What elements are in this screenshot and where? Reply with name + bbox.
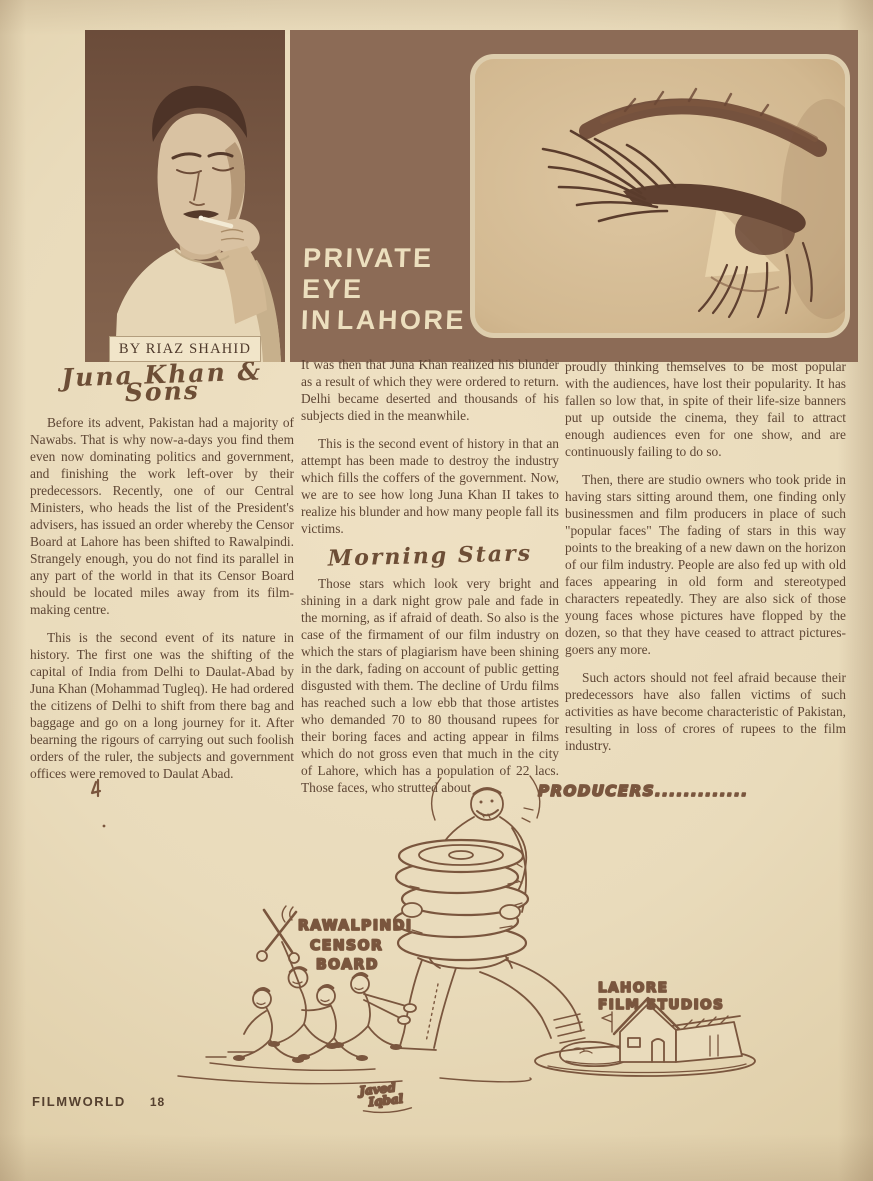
editorial-cartoon: PRODUCERS............. RAWALPINDI CENSOR… xyxy=(60,760,820,1120)
article-column-3: proudly thinking themselves to be most p… xyxy=(565,358,846,765)
title-line-3: IN LAHORE xyxy=(300,305,466,336)
paragraph-col3-p1: proudly thinking themselves to be most p… xyxy=(565,358,846,460)
paragraph-col3-p2: Then, there are studio owners who took p… xyxy=(565,471,846,658)
scissors-icon xyxy=(257,910,299,963)
producer-striding-legs xyxy=(398,958,626,1066)
film-reels-stack xyxy=(394,840,528,960)
article-column-2: It was then that Juna Khan realized his … xyxy=(301,356,559,807)
title-line-1: PRIVATE xyxy=(303,243,469,274)
cartoon-label-producers: PRODUCERS............. xyxy=(538,782,749,800)
page-number: 18 xyxy=(150,1095,165,1109)
cartoon-label-censor-3: BOARD xyxy=(316,957,379,973)
cartoon-label-studios-1: LAHORE xyxy=(598,980,668,996)
paragraph-col1-p1: Before its advent, Pakistan had a majori… xyxy=(30,414,294,618)
speed-lines xyxy=(178,1052,531,1084)
page-footer: FILMWORLD 18 xyxy=(32,1094,165,1109)
cartoon-illustration: PRODUCERS............. RAWALPINDI CENSOR… xyxy=(60,760,820,1120)
cartoon-label-censor-2: CENSOR xyxy=(310,938,383,954)
cartoon-label-censor-1: RAWALPINDI xyxy=(298,918,413,934)
man-smoking-illustration xyxy=(85,30,285,362)
magazine-name: FILMWORLD xyxy=(32,1094,126,1109)
byline-box: BY RIAZ SHAHID xyxy=(109,336,261,362)
cartoon-signature: Javed Iqbal xyxy=(357,1079,412,1115)
section-heading-juna-khan: Juna Khan & Sons xyxy=(29,361,294,404)
byline-label: BY RIAZ SHAHID xyxy=(119,341,251,358)
cartoon-label-studios-2: FILM STUDIOS xyxy=(598,997,724,1013)
magazine-page: BY RIAZ SHAHID PRIVATE EYE IN LAHORE xyxy=(0,0,873,1181)
title-banner: PRIVATE EYE IN LAHORE xyxy=(290,30,858,362)
article-title: PRIVATE EYE IN LAHORE xyxy=(300,243,468,336)
signature-line-2: Iqbal xyxy=(367,1092,404,1110)
section-heading-morning-stars: Morning Stars xyxy=(301,545,559,569)
portrait-photo xyxy=(85,30,285,362)
paragraph-col2-p2: This is the second event of history in t… xyxy=(301,435,559,537)
title-line-2: EYE xyxy=(301,274,467,305)
article-column-1: Juna Khan & Sons Before its advent, Paki… xyxy=(30,366,294,793)
paragraph-col3-p3: Such actors should not feel afraid becau… xyxy=(565,669,846,754)
paragraph-col2-p1: It was then that Juna Khan realized his … xyxy=(301,356,559,424)
eye-photo-frame xyxy=(470,54,850,338)
eye-closeup-illustration xyxy=(475,59,845,333)
ink-speck xyxy=(92,780,100,796)
